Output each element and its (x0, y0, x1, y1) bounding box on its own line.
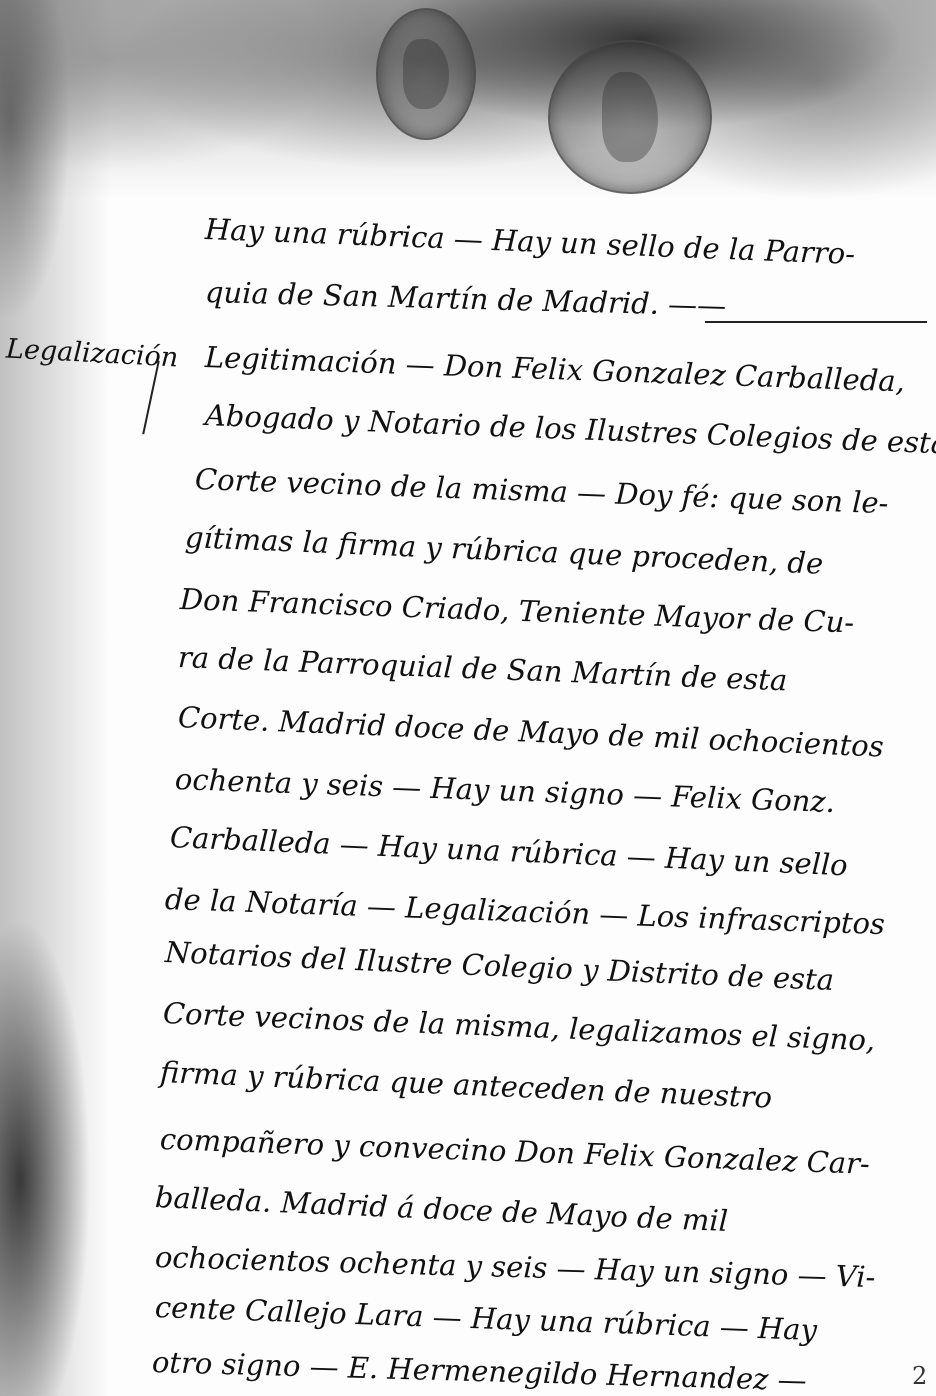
text-line: Carballeda — Hay una rúbrica — Hay un se… (169, 820, 848, 882)
text-line: Corte. Madrid doce de Mayo de mil ochoci… (177, 700, 884, 764)
text-line: otro signo — E. Hermenegildo Hernandez — (152, 1345, 808, 1396)
text-line: Notarios del Ilustre Colegio y Distrito … (164, 935, 834, 997)
text-line: ra de la Parroquial de San Martín de est… (177, 640, 788, 697)
text-line: cente Callejo Lara — Hay una rúbrica — H… (154, 1290, 817, 1347)
text-line: Abogado y Notario de los Ilustres Colegi… (204, 398, 936, 461)
text-line: quia de San Martín de Madrid. —— (205, 275, 727, 323)
text-line: ochocientos ochenta y seis — Hay un sign… (155, 1240, 876, 1294)
text-line: ochenta y seis — Hay un signo — Felix Go… (174, 762, 835, 819)
text-line: firma y rúbrica que anteceden de nuestro (159, 1055, 772, 1115)
text-line: Hay una rúbrica — Hay un sello de la Par… (204, 212, 855, 271)
text-line: Corte vecinos de la misma, legalizamos e… (162, 996, 875, 1057)
text-line: gítimas la firma y rúbrica que proceden,… (184, 520, 824, 581)
text-line: de la Notaría — Legalización — Los infra… (164, 882, 885, 941)
scan-shadow-left (0, 0, 110, 1396)
manuscript-page: Legalización Hay una rúbrica — Hay un se… (0, 0, 936, 1396)
text-line: compañero y convecino Don Felix Gonzalez… (159, 1122, 870, 1181)
line-end-rule (705, 321, 927, 323)
text-line: Corte vecino de la misma — Doy fé: que s… (194, 462, 889, 520)
text-line: Legitimación — Don Felix Gonzalez Carbal… (204, 340, 905, 398)
portrait-embossed-seal-icon (548, 40, 712, 194)
text-line: balleda. Madrid á doce de Mayo de mil (154, 1180, 728, 1238)
page-number: 2 (912, 1362, 927, 1390)
text-line: Don Francisco Criado, Teniente Mayor de … (179, 582, 854, 640)
coat-of-arms-seal-icon (376, 8, 476, 140)
